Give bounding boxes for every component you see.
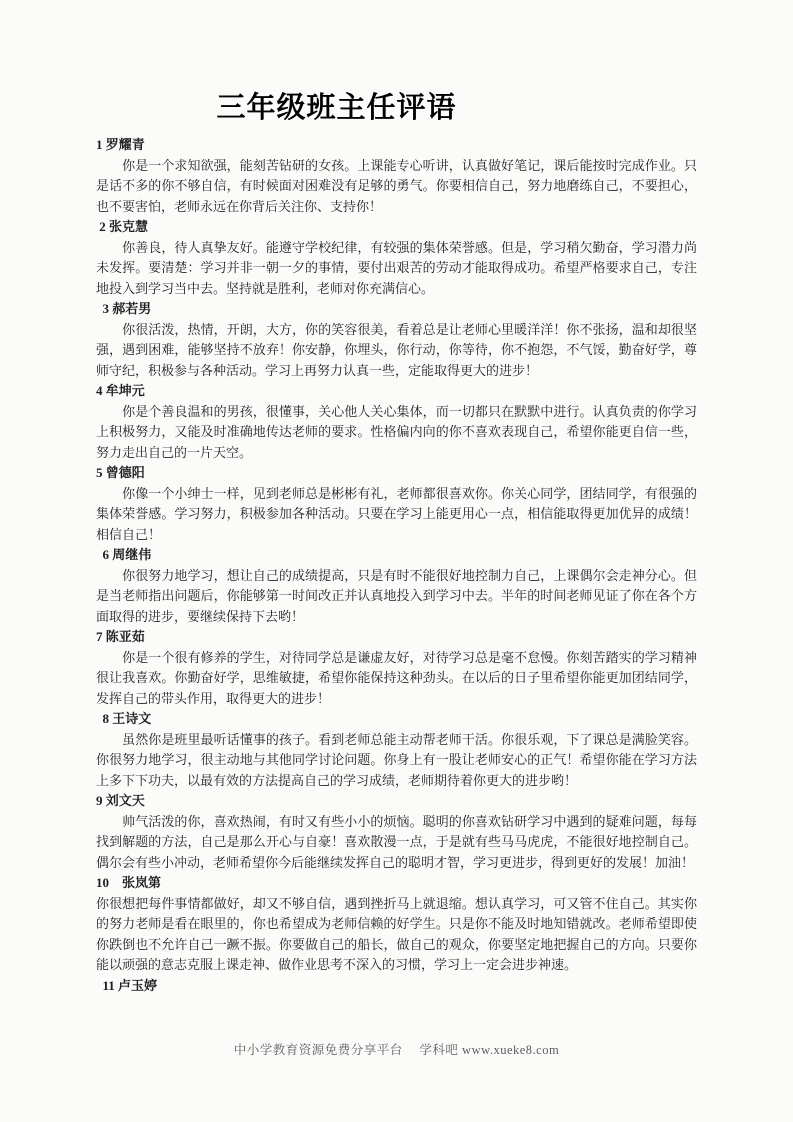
entry-section: 5 曾德阳 你像一个小绅士一样，见到老师总是彬彬有礼，老师都很喜欢你。你关心同学…	[96, 463, 697, 545]
student-name: 5 曾德阳	[96, 463, 697, 484]
student-comment: 你很努力地学习，想让自己的成绩提高，只是有时不能很好地控制力自己，上课偶尔会走神…	[96, 566, 697, 628]
student-name: 2 张克慧	[96, 217, 697, 238]
entry-section: 10 张岚第 你很想把每件事情都做好，却又不够自信，遇到挫折马上就退缩。想认真学…	[96, 873, 697, 976]
student-comment: 你是一个很有修养的学生，对待同学总是谦虚友好，对待学习总是毫不怠慢。你刻苦踏实的…	[96, 648, 697, 710]
student-name: 10 张岚第	[96, 873, 697, 894]
document-page: 三年级班主任评语 1 罗耀青 你是一个求知欲强，能刻苦钻研的女孩。上课能专心听讲…	[0, 0, 793, 1122]
entry-section: 7 陈亚茹 你是一个很有修养的学生，对待同学总是谦虚友好，对待学习总是毫不怠慢。…	[96, 627, 697, 709]
student-comment: 你是个善良温和的男孩，很懂事，关心他人关心集体，而一切都只在默默中进行。认真负责…	[96, 402, 697, 464]
student-comment: 你很活泼，热情，开朗，大方，你的笑容很美，看着总是让老师心里暖洋洋！你不张扬，温…	[96, 320, 697, 382]
entry-section: 9 刘文天 帅气活泼的你，喜欢热闹，有时又有些小小的烦恼。聪明的你喜欢钻研学习中…	[96, 791, 697, 873]
entry-section: 4 牟坤元 你是个善良温和的男孩，很懂事，关心他人关心集体，而一切都只在默默中进…	[96, 381, 697, 463]
student-comment: 你善良，待人真挚友好。能遵守学校纪律，有较强的集体荣誉感。但是，学习稍欠勤奋，学…	[96, 238, 697, 300]
student-name: 4 牟坤元	[96, 381, 697, 402]
student-comment: 虽然你是班里最听话懂事的孩子。看到老师总能主动帮老师干活。你很乐观，下了课总是满…	[96, 730, 697, 792]
footer-watermark: 中小学教育资源免费分享平台 学科吧 www.xueke8.com	[0, 1040, 793, 1058]
student-comment: 你很想把每件事情都做好，却又不够自信，遇到挫折马上就退缩。想认真学习，可又管不住…	[96, 894, 697, 976]
student-name: 6 周继伟	[96, 545, 697, 566]
student-comment: 帅气活泼的你，喜欢热闹，有时又有些小小的烦恼。聪明的你喜欢钻研学习中遇到的疑难问…	[96, 812, 697, 874]
entry-section: 2 张克慧 你善良，待人真挚友好。能遵守学校纪律，有较强的集体荣誉感。但是，学习…	[96, 217, 697, 299]
student-comment: 你像一个小绅士一样，见到老师总是彬彬有礼，老师都很喜欢你。你关心同学，团结同学，…	[96, 484, 697, 546]
entry-section: 11 卢玉婷	[96, 976, 697, 997]
entry-section: 8 王诗文 虽然你是班里最听话懂事的孩子。看到老师总能主动帮老师干活。你很乐观，…	[96, 709, 697, 791]
student-comment: 你是一个求知欲强，能刻苦钻研的女孩。上课能专心听讲，认真做好笔记，课后能按时完成…	[96, 156, 697, 218]
entry-section: 1 罗耀青 你是一个求知欲强，能刻苦钻研的女孩。上课能专心听讲，认真做好笔记，课…	[96, 135, 697, 217]
student-name: 7 陈亚茹	[96, 627, 697, 648]
student-name: 9 刘文天	[96, 791, 697, 812]
student-name: 8 王诗文	[96, 709, 697, 730]
student-name: 11 卢玉婷	[96, 976, 697, 997]
student-name: 3 郝若男	[96, 299, 697, 320]
page-title: 三年级班主任评语	[96, 88, 577, 128]
entry-section: 3 郝若男 你很活泼，热情，开朗，大方，你的笑容很美，看着总是让老师心里暖洋洋！…	[96, 299, 697, 381]
entry-section: 6 周继伟 你很努力地学习，想让自己的成绩提高，只是有时不能很好地控制力自己，上…	[96, 545, 697, 627]
student-name: 1 罗耀青	[96, 135, 697, 156]
